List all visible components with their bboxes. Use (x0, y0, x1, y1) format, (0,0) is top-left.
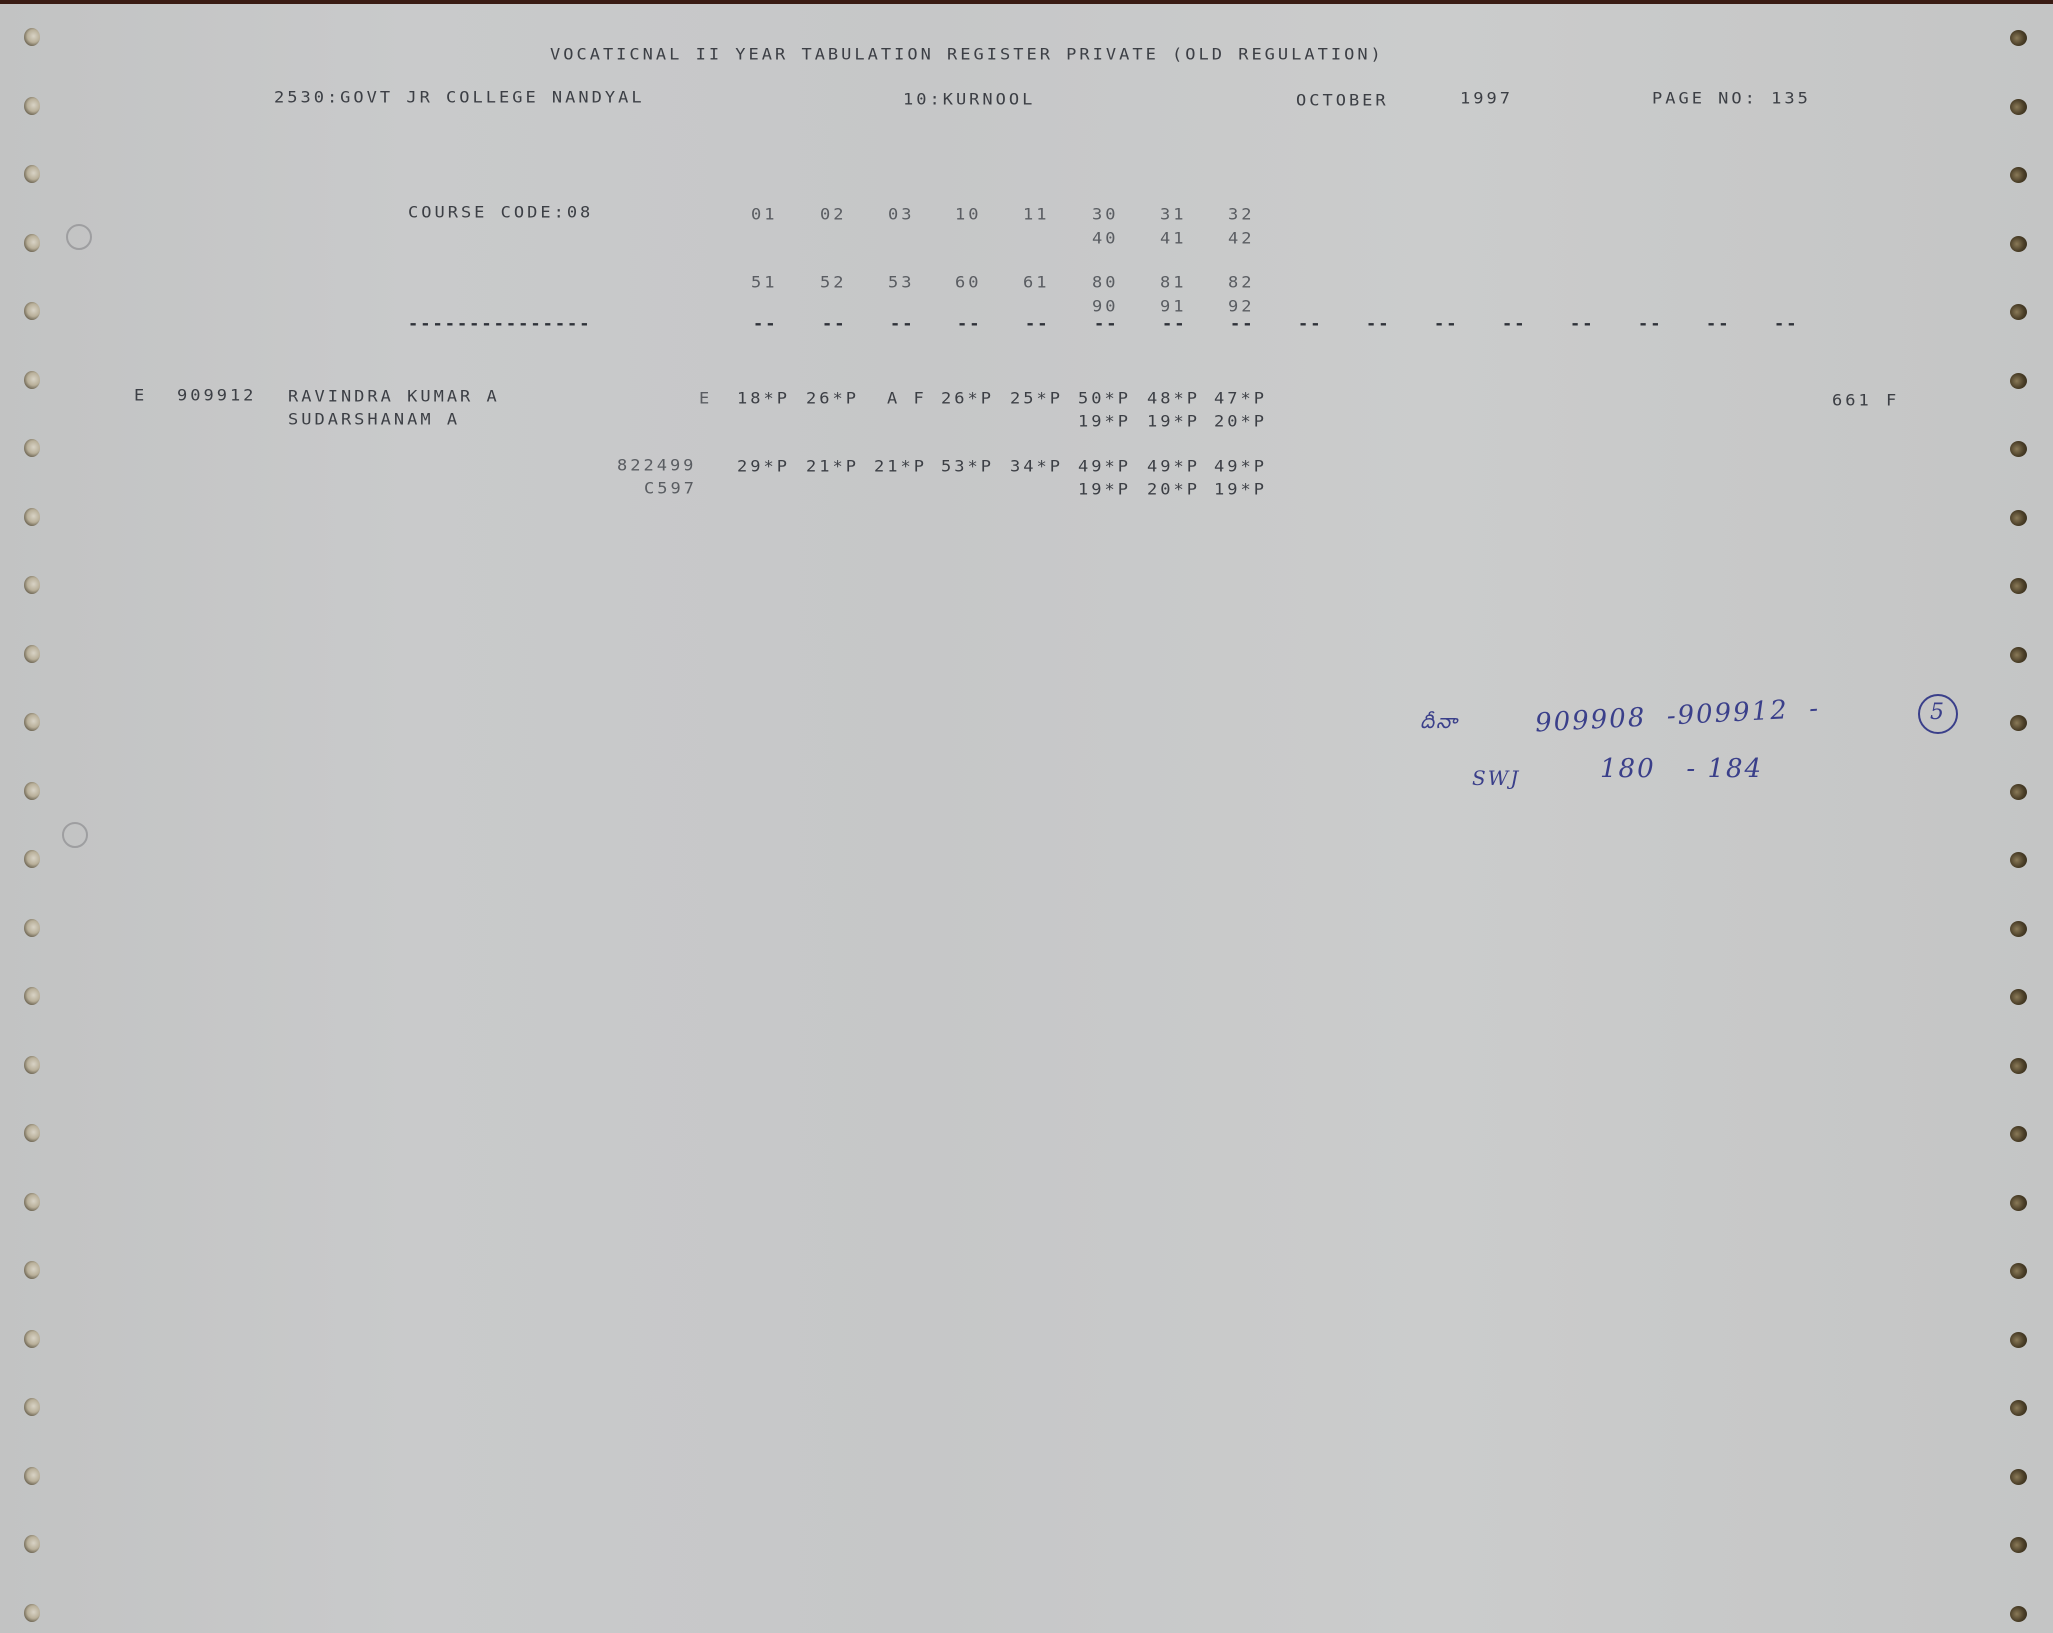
feed-hole (24, 165, 40, 183)
subject-code: 53 (888, 273, 914, 293)
reference-code: C597 (644, 479, 697, 499)
feed-hole (24, 713, 40, 731)
paper-flaw-mark (66, 224, 92, 250)
column-separator: -- (1298, 314, 1322, 334)
note-range-line: 909908 -909912 - (1534, 694, 1820, 739)
mark: 19*P (1147, 412, 1200, 432)
college-name: 2530:GOVT JR COLLEGE NANDYAL (274, 88, 645, 108)
note-sub-range: 180 - 184 (1600, 754, 1763, 784)
feed-hole (24, 850, 40, 868)
feed-hole (2010, 1126, 2027, 1142)
feed-hole (24, 919, 40, 937)
feed-hole (2010, 578, 2027, 594)
mark: 25*P (1010, 389, 1063, 409)
subject-code: 52 (820, 273, 846, 293)
subject-code: 10 (955, 205, 981, 225)
feed-hole (24, 28, 40, 46)
subject-code: 61 (1023, 273, 1049, 293)
column-separator: -- (1706, 314, 1730, 334)
feed-hole (2010, 647, 2027, 663)
tabulation-register-page: VOCATICNAL II YEAR TABULATION REGISTER P… (0, 4, 2053, 1633)
register-title: VOCATICNAL II YEAR TABULATION REGISTER P… (550, 45, 1384, 65)
feed-hole (2010, 30, 2027, 46)
feed-hole (24, 987, 40, 1005)
mark-absent-fail: A F (887, 389, 927, 409)
column-separator: -- (1230, 314, 1254, 334)
column-separator: -- (890, 314, 914, 334)
header-underline: --------------- (408, 314, 592, 334)
subject-code: 60 (955, 273, 981, 293)
subject-code: 82 (1228, 273, 1254, 293)
feed-hole (2010, 715, 2027, 731)
subject-code: 80 (1092, 273, 1118, 293)
subject-code: 31 (1160, 205, 1186, 225)
feed-hole (24, 1261, 40, 1279)
column-separator: -- (1570, 314, 1594, 334)
feed-hole (2010, 852, 2027, 868)
exam-month: OCTOBER (1296, 91, 1389, 111)
mark: 49*P (1147, 457, 1200, 477)
feed-hole (2010, 921, 2027, 937)
mark: 19*P (1078, 480, 1131, 500)
mark: 53*P (941, 457, 994, 477)
mark: 19*P (1214, 480, 1267, 500)
mark: 49*P (1078, 457, 1131, 477)
mark: 48*P (1147, 389, 1200, 409)
feed-hole (24, 1056, 40, 1074)
mark: 26*P (941, 389, 994, 409)
feed-hole (2010, 1195, 2027, 1211)
reference-number: 822499 (617, 456, 696, 476)
feed-hole (24, 1467, 40, 1485)
column-separator: -- (957, 314, 981, 334)
hall-ticket-number: 909912 (177, 386, 256, 406)
mark: 34*P (1010, 457, 1063, 477)
feed-hole (2010, 1469, 2027, 1485)
paper-flaw-mark (62, 822, 88, 848)
column-separator: -- (1502, 314, 1526, 334)
circled-count: 5 (1918, 694, 1958, 734)
subject-code: 02 (820, 205, 846, 225)
note-sub-prefix: SWJ (1472, 766, 1520, 790)
mark: 19*P (1078, 412, 1131, 432)
mark: 49*P (1214, 457, 1267, 477)
feed-hole (2010, 373, 2027, 389)
feed-hole (24, 302, 40, 320)
feed-hole (2010, 236, 2027, 252)
mark: 26*P (806, 389, 859, 409)
feed-hole (24, 1398, 40, 1416)
subject-code: 01 (751, 205, 777, 225)
feed-hole (2010, 1263, 2027, 1279)
feed-hole (24, 1535, 40, 1553)
column-separator: -- (1638, 314, 1662, 334)
mark: 20*P (1214, 412, 1267, 432)
column-separator: -- (1162, 314, 1186, 334)
mark: 47*P (1214, 389, 1267, 409)
column-separator: -- (753, 314, 777, 334)
feed-hole (24, 645, 40, 663)
feed-hole (2010, 510, 2027, 526)
student-name: RAVINDRA KUMAR A (288, 387, 500, 407)
column-separator: -- (1094, 314, 1118, 334)
course-code-label: COURSE CODE:08 (408, 203, 593, 223)
mark: 21*P (806, 457, 859, 477)
mark: 20*P (1147, 480, 1200, 500)
feed-hole (24, 1330, 40, 1348)
mark: 18*P (737, 389, 790, 409)
column-separator: -- (1434, 314, 1458, 334)
feed-hole (2010, 1400, 2027, 1416)
mark: 21*P (874, 457, 927, 477)
feed-hole (2010, 784, 2027, 800)
feed-hole (2010, 1537, 2027, 1553)
column-separator: -- (1025, 314, 1049, 334)
subject-code: 51 (751, 273, 777, 293)
mark: 29*P (737, 457, 790, 477)
total-marks: 661 (1832, 391, 1872, 411)
subject-code: 32 (1228, 205, 1254, 225)
feed-hole (2010, 1606, 2027, 1622)
column-separator: -- (822, 314, 846, 334)
feed-hole (2010, 99, 2027, 115)
page-number: PAGE NO: 135 (1652, 89, 1811, 109)
feed-hole (2010, 1058, 2027, 1074)
feed-hole (24, 508, 40, 526)
feed-hole (2010, 304, 2027, 320)
feed-hole (24, 576, 40, 594)
feed-hole (24, 371, 40, 389)
result: F (1886, 391, 1899, 411)
subject-code: 30 (1092, 205, 1118, 225)
column-separator: -- (1774, 314, 1798, 334)
subject-code: 81 (1160, 273, 1186, 293)
subject-code: 11 (1023, 205, 1049, 225)
feed-hole (24, 782, 40, 800)
district-name: 10:KURNOOL (903, 90, 1035, 110)
feed-hole (24, 439, 40, 457)
subject-code: 03 (888, 205, 914, 225)
subject-code: 42 (1228, 229, 1254, 249)
feed-hole (24, 1604, 40, 1622)
feed-hole (24, 1124, 40, 1142)
record-category: E (134, 386, 147, 406)
exam-year: 1997 (1460, 89, 1513, 109)
feed-hole (24, 1193, 40, 1211)
note-prefix: దీనా (1420, 709, 1459, 738)
feed-hole (24, 234, 40, 252)
column-separator: -- (1366, 314, 1390, 334)
medium: E (699, 389, 712, 409)
feed-hole (2010, 167, 2027, 183)
mark: 50*P (1078, 389, 1131, 409)
feed-hole (2010, 989, 2027, 1005)
feed-hole (24, 97, 40, 115)
father-name: SUDARSHANAM A (288, 410, 460, 430)
feed-hole (2010, 1332, 2027, 1348)
subject-code: 41 (1160, 229, 1186, 249)
note-count: 5 (1918, 694, 1958, 734)
subject-code: 40 (1092, 229, 1118, 249)
feed-hole (2010, 441, 2027, 457)
